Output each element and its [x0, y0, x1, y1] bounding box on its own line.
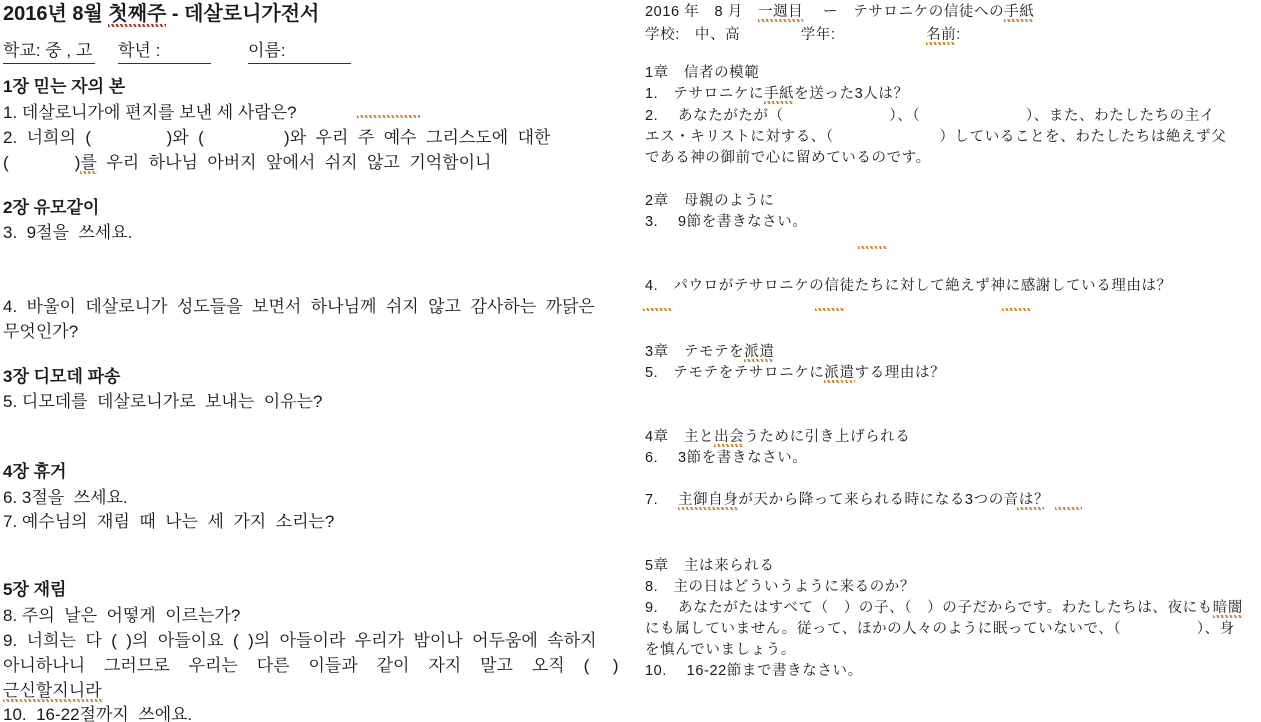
ja-chapter1-heading: 1章 信者の模範 [645, 64, 759, 82]
ko-school-field: 학교: 중 , 고 [3, 36, 95, 64]
ko-title-post: - 데살로니가전서 [166, 3, 319, 25]
ja-q1-post: を送った3人は？ [794, 86, 908, 102]
ko-question-4-line1: 4. 바울이 데살로니가 성도들을 보면서 하나님께 쉬지 않고 감사하는 까닭… [3, 296, 595, 317]
ja-q5-pre: 5. テモテをテサロニケに [645, 365, 824, 381]
ja-ch3-flagged-word: 派遣 [744, 344, 774, 362]
ko-question-7: 7. 예수님의 재림 때 나는 세 가지 소리는? [3, 511, 334, 532]
ja-chapter4-heading: 4章 主と出会うために引き上げられる [645, 428, 910, 446]
ko-grade-field: 학년 : [118, 36, 211, 64]
ja-title: 2016 年 8 月 一週目 ー テサロニケの信徒への手紙 [645, 3, 1034, 21]
ko-question-2-line1: 2. 너희의 ( )와 ( )와 우리 주 예수 그리스도에 대한 [3, 127, 550, 148]
ja-chapter2-heading: 2章 母親のように [645, 192, 774, 210]
ja-q7-pre: 7. [645, 492, 678, 508]
ko-chapter5-heading: 5장 재림 [3, 579, 66, 600]
spellcheck-squiggle [643, 308, 673, 311]
ja-question-6: 6. 3節を書きなさい。 [645, 449, 808, 467]
ja-question-8: 8. 主の日はどういうように来るのか？ [645, 578, 915, 596]
ja-school-labels: 学校: 中、高 学年: [645, 27, 926, 43]
ko-question-9-line3: 근신할지니라 [3, 680, 102, 701]
ko-q9-flagged-word: 근신할지니라 [3, 681, 102, 702]
ja-q7-post: が天から降って来られる時になる3つの音は？ [738, 492, 1049, 508]
ja-q5-post: する理由は？ [855, 365, 946, 381]
worksheet-document: 2016년 8월 첫째주 - 데살로니가전서 학교: 중 , 고 학년 : 이름… [0, 0, 1261, 722]
ko-question-1: 1. 데살로니가에 편지를 보낸 세 사람은? [3, 102, 297, 123]
ja-ch4-pre: 4章 主と [645, 429, 714, 445]
ja-question-9-line1: 9. あなたがたはすべて（ ）の子、（ ）の子だからです。わたしたちは、夜にも暗… [645, 599, 1243, 617]
ja-question-7: 7. 主御自身が天から降って来られる時になる3つの音は？ [645, 491, 1049, 509]
ja-name-label: 名前 [926, 27, 956, 45]
ja-question-2-line3: である神の御前で心に留めているのです。 [645, 149, 931, 167]
ko-question-6: 6. 3절을 쓰세요. [3, 487, 128, 508]
ja-title-flagged-word-1: 一週目 [758, 4, 803, 22]
ja-question-2-line1: 2. あなたがたが（ ）、（ ）、また、わたしたちの主イ [645, 107, 1215, 125]
spellcheck-squiggle [1055, 507, 1082, 510]
spellcheck-squiggle [1017, 507, 1044, 510]
ja-q9-flagged-word: 暗闇 [1213, 600, 1243, 618]
ko-question-2-line2: ( )를 우리 하나님 아버지 앞에서 쉬지 않고 기억함이니 [3, 152, 491, 173]
ko-q2-flagged-word: 를 [80, 153, 96, 174]
spellcheck-squiggle [858, 246, 888, 249]
ko-question-8: 8. 주의 날은 어떻게 이르는가? [3, 605, 240, 626]
ja-school-line: 学校: 中、高 学年: 名前: [645, 26, 961, 44]
ko-chapter2-heading: 2장 유모같이 [3, 197, 99, 218]
ja-ch3-pre: 3章 テモテを [645, 344, 744, 360]
ja-question-5: 5. テモテをテサロニケに派遣する理由は？ [645, 364, 945, 382]
spellcheck-squiggle [357, 115, 420, 118]
ko-q2-rest: 우리 하나님 아버지 앞에서 쉬지 않고 기억함이니 [97, 153, 492, 172]
ko-question-9-line2: 아니하나니 그러므로 우리는 다른 이들과 같이 자지 말고 오직 ( ) [3, 655, 619, 676]
ja-q7-flagged-word: 主御自身 [678, 492, 738, 510]
ja-question-10: 10. 16-22節まで書きなさい。 [645, 662, 863, 680]
ja-q5-flagged-word: 派遣 [824, 365, 854, 383]
ko-chapter3-heading: 3장 디모데 파송 [3, 366, 120, 387]
ja-question-9-line2: にも属していません。従って、ほかの人々のように眠っていないで、（ ）、身 [645, 620, 1235, 638]
ja-question-4: 4. パウロがテサロニケの信徒たちに対して絶えず神に感謝している理由は？ [645, 277, 1172, 295]
ko-name-field: 이름: [248, 36, 351, 64]
ja-question-3: 3. 9節を書きなさい。 [645, 213, 808, 231]
ja-question-2-line2: エス・キリストに対する、（ ）していることを、わたしたちは絶えず父 [645, 128, 1226, 146]
ko-title-pre: 2016년 8월 [3, 3, 108, 25]
ko-question-10: 10. 16-22절까지 쓰에요. [3, 704, 192, 722]
ja-title-flagged-word-2: 手紙 [1004, 4, 1034, 22]
ja-q1-flagged-word: 手紙 [764, 86, 794, 104]
ja-chapter5-heading: 5章 主は来られる [645, 557, 774, 575]
ko-question-4-line2: 무엇인가? [3, 321, 78, 342]
ja-chapter3-heading: 3章 テモテを派遣 [645, 343, 774, 361]
ko-question-9-line1: 9. 너희는 다 ( )의 아들이요 ( )의 아들이라 우리가 밤이나 어두움… [3, 630, 597, 651]
ja-title-mid: ー テサロニケの信徒への [803, 4, 1004, 20]
ko-chapter4-heading: 4장 휴거 [3, 461, 66, 482]
ko-question-3: 3. 9절을 쓰세요. [3, 222, 132, 243]
ja-question-1: 1. テサロニケに手紙を送った3人は？ [645, 85, 909, 103]
ko-title: 2016년 8월 첫째주 - 데살로니가전서 [3, 2, 319, 27]
ja-question-9-line3: を慎んでいましょう。 [645, 641, 796, 659]
ko-question-5: 5. 디모데를 데살로니가로 보내는 이유는? [3, 391, 322, 412]
ja-q1-pre: 1. テサロニケに [645, 86, 764, 102]
ja-name-colon: : [956, 27, 961, 43]
ko-chapter1-heading: 1장 믿는 자의 본 [3, 76, 125, 97]
spellcheck-squiggle [815, 308, 845, 311]
ja-ch4-post: うために引き上げられる [744, 429, 910, 445]
ja-title-pre: 2016 年 8 月 [645, 4, 758, 20]
ja-q9-pre: 9. あなたがたはすべて（ ）の子、（ ）の子だからです。わたしたちは、夜にも [645, 600, 1213, 616]
spellcheck-squiggle [1002, 308, 1032, 311]
ja-ch4-flagged-word: 出会 [714, 429, 744, 447]
ko-title-misspelled-word: 첫째주 [108, 3, 166, 27]
ko-q2-blank: ( ) [3, 153, 80, 172]
